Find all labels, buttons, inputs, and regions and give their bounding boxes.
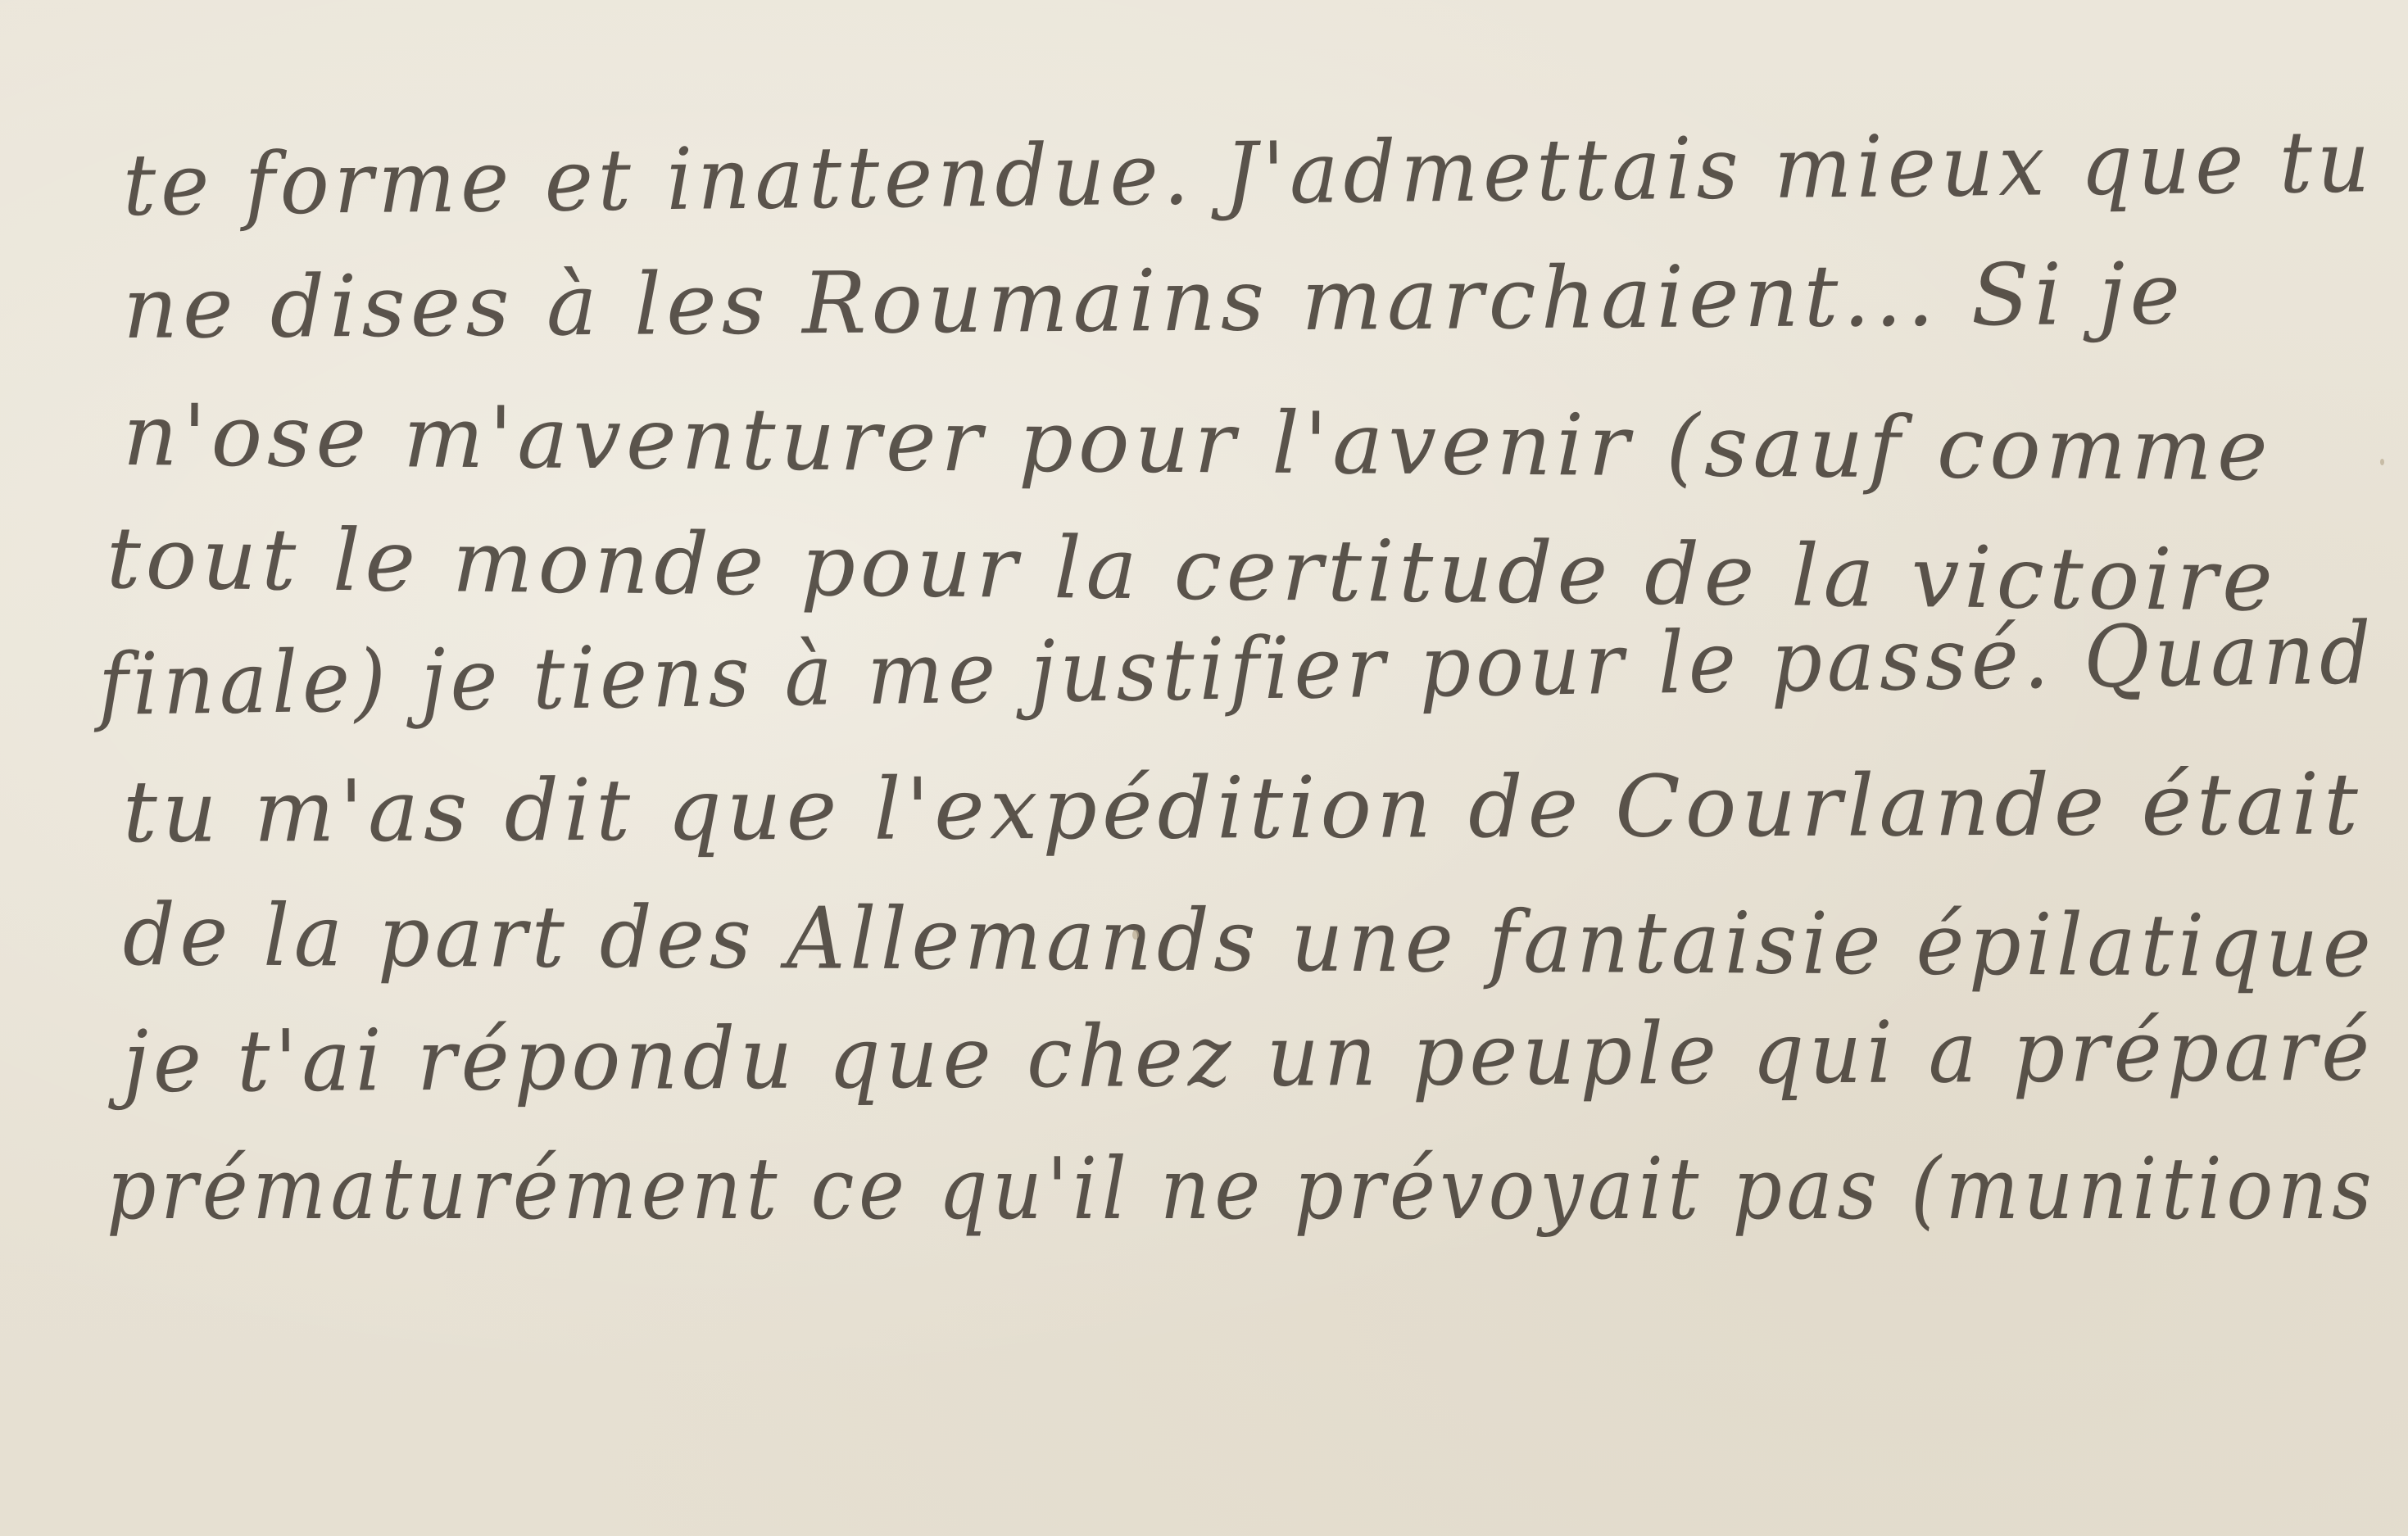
paper-speck [1132,930,1139,940]
handwritten-line-8: je t'ai répondu que chez un peuple qui a… [123,1000,2375,1112]
handwritten-line-6: tu m'as dit que l'expédition de Courland… [123,754,2363,862]
paper-speck [2380,459,2384,465]
handwritten-line-9: prématurément ce qu'il ne prévoyait pas … [107,1139,2376,1239]
handwritten-line-1: te forme et inattendue. J'admettais mieu… [122,111,2374,235]
handwritten-line-3: n'ose m'aventurer pour l'avenir (sauf co… [123,385,2273,500]
letter-page: te forme et inattendue. J'admettais mieu… [0,0,2408,1536]
handwritten-line-2: ne dises à les Roumains marchaient... Si… [123,243,2186,358]
handwritten-line-7: de la part des Allemands une fantaisie é… [123,885,2376,996]
handwritten-line-5: finale) je tiens à me justifier pour le … [97,603,2376,735]
